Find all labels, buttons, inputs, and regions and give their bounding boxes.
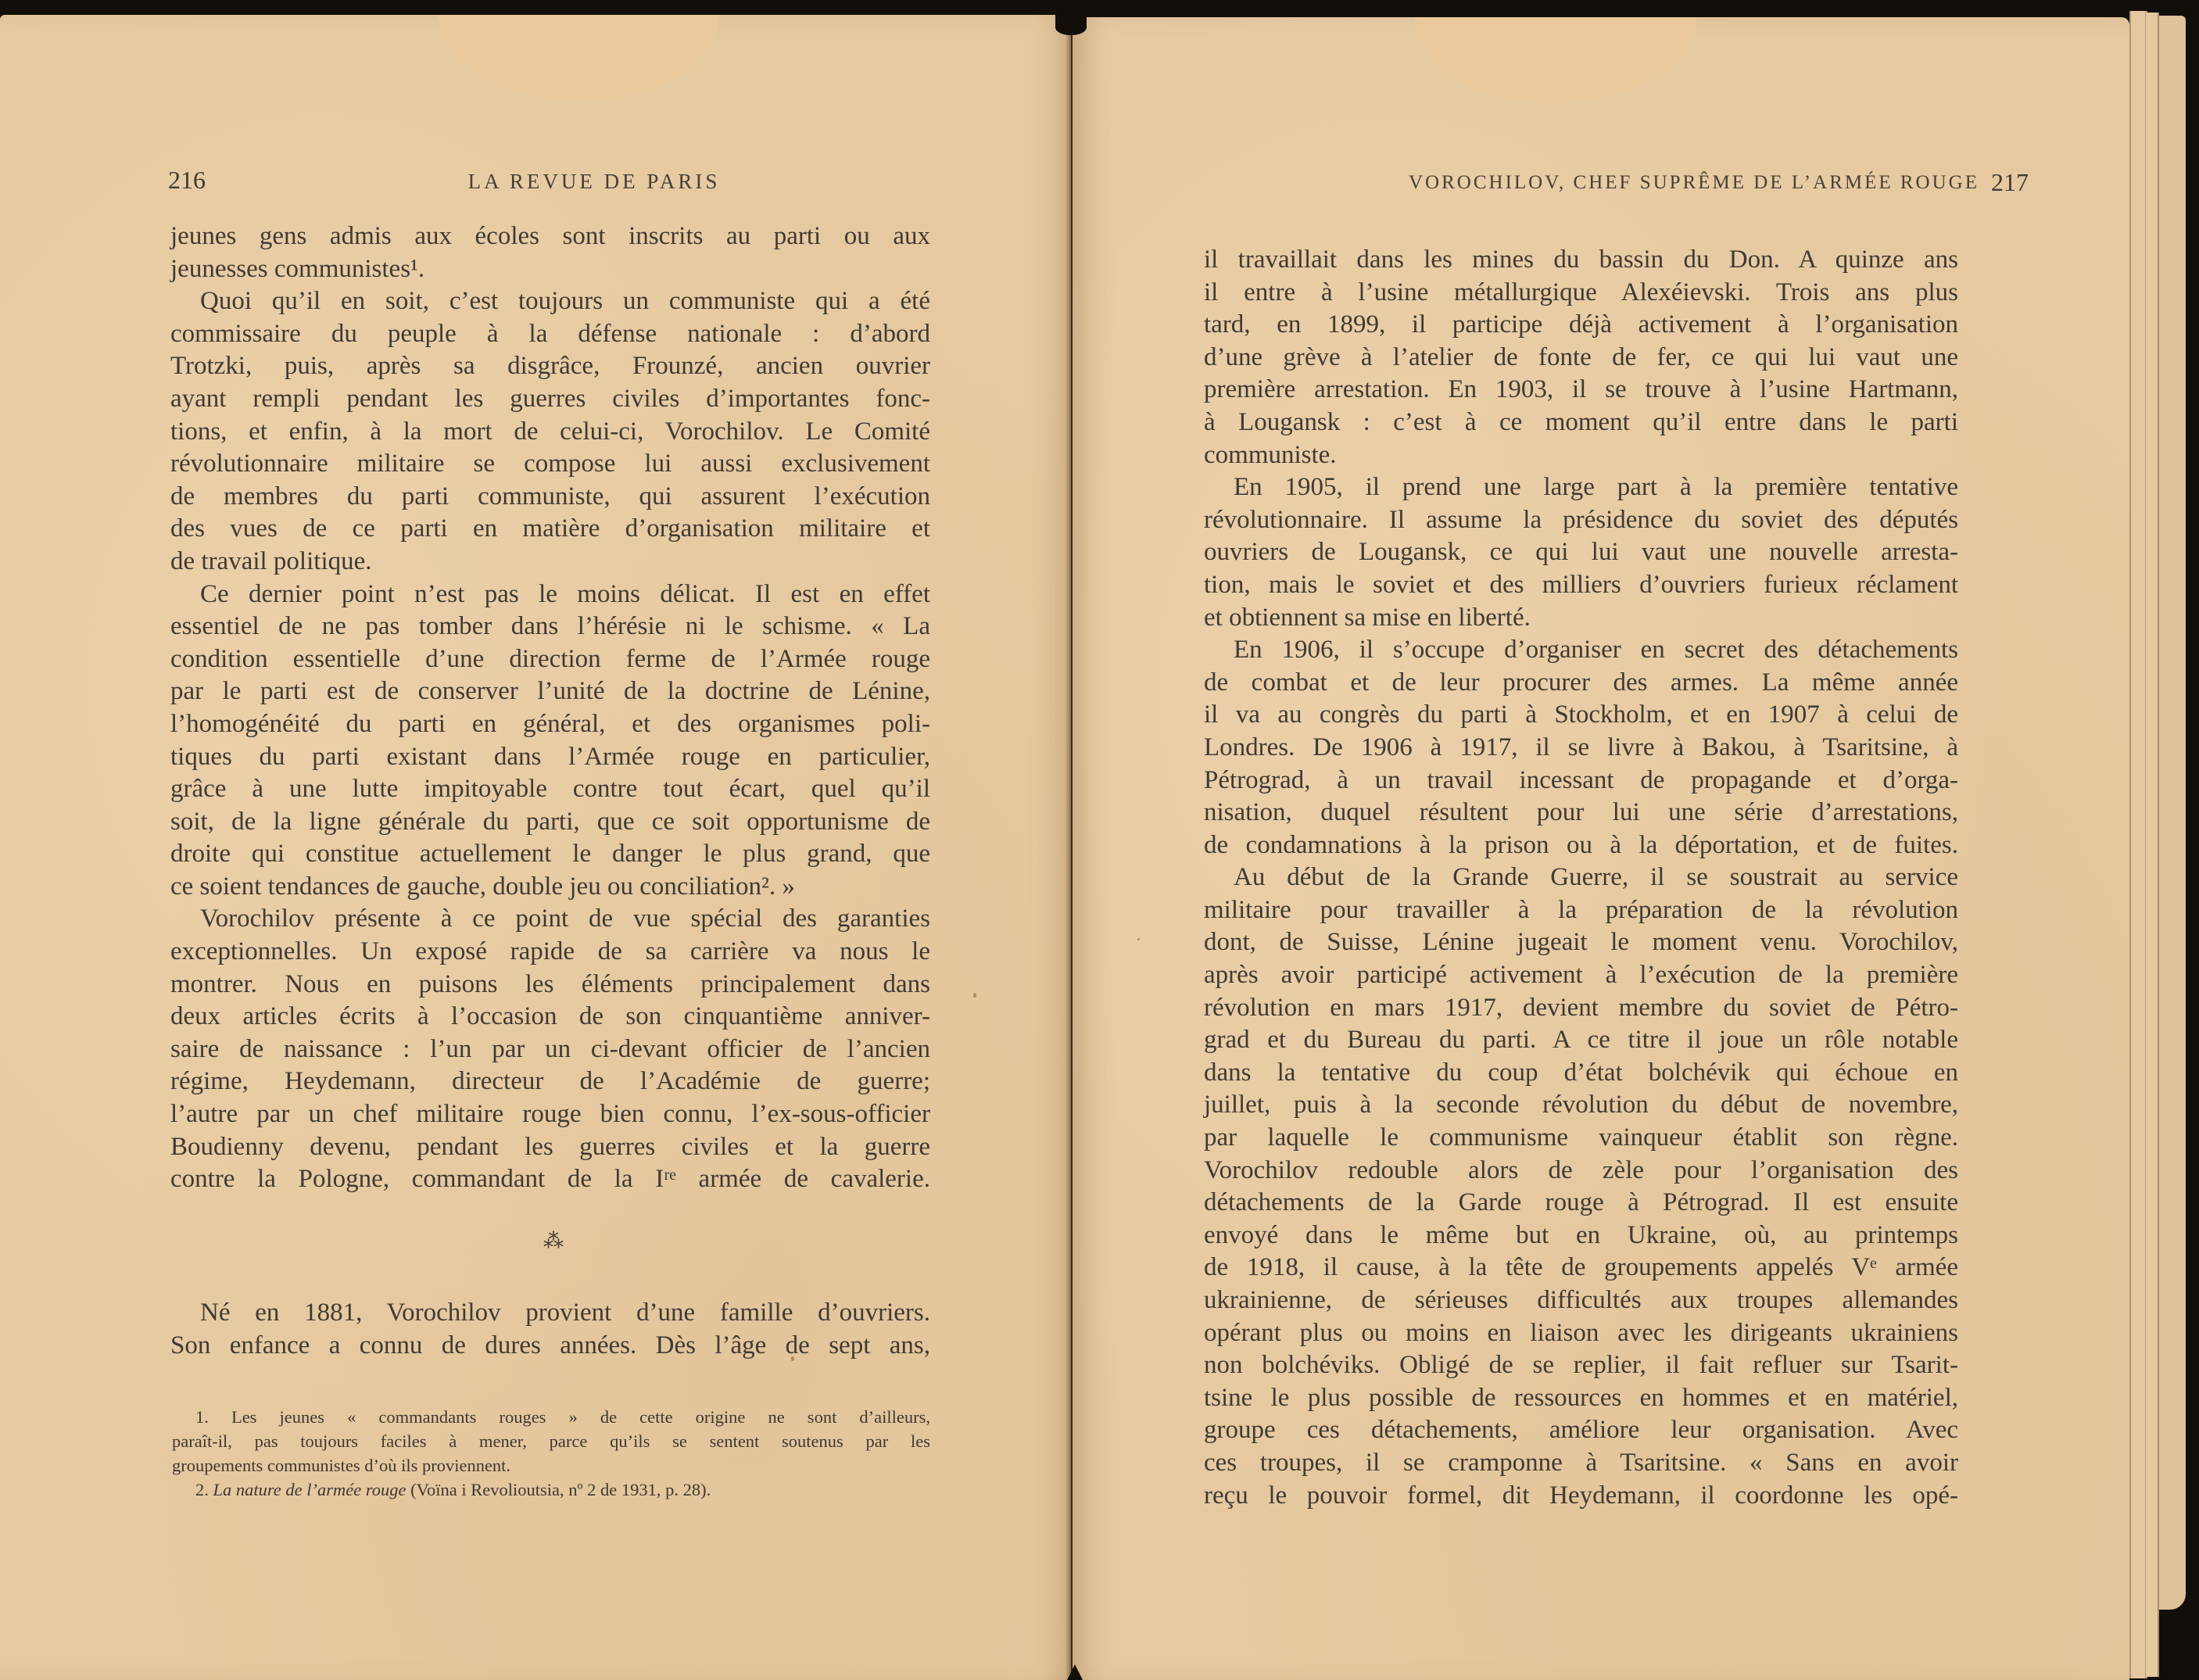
body-text: jeunes gens admis aux écoles sont inscri… — [170, 220, 930, 1196]
text-line: En 1905, il prend une large part à la pr… — [1204, 471, 1958, 504]
left-page: 216 LA REVUE DE PARIS jeunes gens admis … — [0, 15, 1071, 1680]
text-line: opérant plus ou moins en liaison avec le… — [1204, 1317, 1958, 1350]
text-line: reçu le pouvoir formel, dit Heydemann, i… — [1204, 1480, 1958, 1513]
body-text: il travaillait dans les mines du bassin … — [1204, 244, 1958, 1512]
text-line: de combat et de leur procurer des armes.… — [1204, 667, 1958, 700]
running-head: VOROCHILOV, CHEF SUPRÊME DE L’ARMÉE ROUG… — [1237, 172, 1979, 200]
text-line: commissaire du peuple à la défense natio… — [170, 318, 930, 351]
text-line: de travail politique. — [170, 546, 930, 579]
footnote-number: 2. — [195, 1480, 209, 1499]
text-line: tiques du parti existant dans l’Armée ro… — [170, 741, 930, 774]
text-line: essentiel de ne pas tomber dans l’hérési… — [170, 611, 930, 643]
footnote-2: 2. La nature de l’armée rouge (Voïna i R… — [172, 1478, 930, 1502]
text-line: non bolchéviks. Obligé de se replier, il… — [1204, 1349, 1958, 1382]
spine-notch-top — [1055, 12, 1087, 35]
text-line: tsine le plus possible de ressources en … — [1204, 1382, 1958, 1415]
book-spread: 216 LA REVUE DE PARIS jeunes gens admis … — [0, 0, 2199, 1680]
text-line: à Lougansk : c’est à ce moment qu’il ent… — [1204, 407, 1958, 439]
text-line: d’une grève à l’atelier de fonte de fer,… — [1204, 342, 1958, 374]
text-line: Au début de la Grande Guerre, il se sous… — [1204, 861, 1958, 894]
text-line: droite qui constitue actuellement le dan… — [170, 838, 930, 871]
footnote-line: groupements communistes d’où ils provien… — [172, 1453, 930, 1478]
text-line: ce soient tendances de gauche, double je… — [170, 871, 930, 904]
text-line: Londres. De 1906 à 1917, il se livre à B… — [1204, 732, 1958, 765]
text-line: par laquelle le communisme vainqueur éta… — [1204, 1122, 1958, 1155]
text-line: révolution en mars 1917, devient membre … — [1204, 992, 1958, 1025]
text-line: ayant rempli pendant les guerres civiles… — [170, 383, 930, 416]
text-line: communiste. — [1204, 439, 1958, 472]
footnote-citation: (Voïna i Revolioutsia, nº 2 de 1931, p. … — [410, 1480, 711, 1499]
text-line: il travaillait dans les mines du bassin … — [1204, 244, 1958, 277]
running-head: LA REVUE DE PARIS — [406, 170, 782, 198]
text-line: Pétrograd, à un travail incessant de pro… — [1204, 765, 1958, 797]
footnotes: 1. Les jeunes « commandants rouges » de … — [172, 1405, 930, 1502]
text-line: il va au congrès du parti à Stockholm, e… — [1204, 699, 1958, 732]
text-line: contre la Pologne, commandant de la Iʳᵉ … — [170, 1163, 930, 1196]
text-line: juillet, puis à la seconde révolution du… — [1204, 1089, 1958, 1122]
text-line: jeunes gens admis aux écoles sont inscri… — [170, 220, 930, 253]
text-line: détachements de la Garde rouge à Pétrogr… — [1204, 1187, 1958, 1220]
text-line: ukrainienne, de sérieuses difficultés au… — [1204, 1284, 1958, 1317]
text-line: de condamnations à la prison ou à la dép… — [1204, 829, 1958, 862]
footnote-line: paraît-il, pas toujours faciles à mener,… — [172, 1429, 930, 1453]
text-line: envoyé dans le même but en Ukraine, où, … — [1204, 1220, 1958, 1252]
text-line: Quoi qu’il en soit, c’est toujours un co… — [170, 285, 930, 318]
text-line: ouvriers de Lougansk, ce qui lui vaut un… — [1204, 536, 1958, 569]
text-line: tions, et enfin, à la mort de celui-ci, … — [170, 416, 930, 449]
text-line: régime, Heydemann, directeur de l’Académ… — [170, 1066, 930, 1098]
text-line: l’autre par un chef militaire rouge bien… — [170, 1098, 930, 1131]
text-line: dont, de Suisse, Lénine jugeait le momen… — [1204, 926, 1958, 959]
text-line: grâce à une lutte impitoyable contre tou… — [170, 773, 930, 806]
text-line: par le parti est de conserver l’unité de… — [170, 675, 930, 708]
page-number: 217 — [1991, 168, 2029, 197]
text-line: Boudienny devenu, pendant les guerres ci… — [170, 1131, 930, 1164]
text-line: Vorochilov présente à ce point de vue sp… — [170, 903, 930, 936]
page-stack-edge — [2146, 13, 2159, 1677]
text-line: Trotzki, puis, après sa disgrâce, Frounz… — [170, 350, 930, 383]
text-line: ces troupes, il se cramponne à Tsaritsin… — [1204, 1447, 1958, 1480]
paper-speck — [1137, 938, 1140, 940]
text-line: saire de naissance : l’un par un ci-deva… — [170, 1033, 930, 1066]
text-line: soit, de la ligne générale du parti, que… — [170, 806, 930, 839]
text-line: militaire pour travailler à la préparati… — [1204, 894, 1958, 927]
page-number: 216 — [168, 166, 206, 195]
text-line: et obtiennent sa mise en liberté. — [1204, 602, 1958, 635]
paper-speck — [791, 1356, 794, 1361]
page-stack-edge — [2129, 11, 2147, 1678]
footnote-line: 1. Les jeunes « commandants rouges » de … — [172, 1405, 930, 1429]
text-line: tard, en 1899, il participe déjà activem… — [1204, 309, 1958, 342]
text-line: Ce dernier point n’est pas le moins déli… — [170, 579, 930, 611]
text-line: Né en 1881, Vorochilov provient d’une fa… — [170, 1297, 930, 1330]
body-text-after-break: Né en 1881, Vorochilov provient d’une fa… — [170, 1297, 930, 1362]
text-line: deux articles écrits à l’occasion de son… — [170, 1001, 930, 1033]
text-line: de membres du parti communiste, qui assu… — [170, 481, 930, 514]
text-line: tion, mais le soviet et des milliers d’o… — [1204, 569, 1958, 602]
section-break-asterism: ⁂ — [538, 1234, 569, 1248]
text-line: groupe ces détachements, améliore leur o… — [1204, 1414, 1958, 1447]
text-line: dans la tentative du coup d’état bolchév… — [1204, 1057, 1958, 1090]
paper-speck — [973, 993, 976, 998]
text-line: il entre à l’usine métallurgique Alexéie… — [1204, 277, 1958, 310]
text-line: exceptionnelles. Un exposé rapide de sa … — [170, 936, 930, 969]
text-line: après avoir participé activement à l’exé… — [1204, 959, 1958, 992]
text-line: des vues de ce parti en matière d’organi… — [170, 513, 930, 546]
page-stack-edge — [2159, 16, 2186, 1610]
text-line: de 1918, il cause, à la tête de groupeme… — [1204, 1252, 1958, 1284]
text-line: Son enfance a connu de dures années. Dès… — [170, 1330, 930, 1363]
text-line: nisation, duquel résultent pour lui une … — [1204, 797, 1958, 829]
text-line: l’homogénéité du parti en général, et de… — [170, 708, 930, 741]
right-page: VOROCHILOV, CHEF SUPRÊME DE L’ARMÉE ROUG… — [1073, 17, 2129, 1680]
text-line: grad et du Bureau du parti. A ce titre i… — [1204, 1024, 1958, 1057]
text-line: condition essentielle d’une direction fe… — [170, 643, 930, 676]
text-line: révolutionnaire. Il assume la présidence… — [1204, 504, 1958, 537]
text-line: En 1906, il s’occupe d’organiser en secr… — [1204, 634, 1958, 667]
text-line: montrer. Nous en puisons les éléments pr… — [170, 969, 930, 1001]
text-line: première arrestation. En 1903, il se tro… — [1204, 374, 1958, 407]
footnote-title: La nature de l’armée rouge — [213, 1480, 406, 1499]
text-line: Vorochilov redouble alors de zèle pour l… — [1204, 1155, 1958, 1187]
text-line: révolutionnaire militaire se compose lui… — [170, 448, 930, 481]
text-line: jeunesses communistes¹. — [170, 253, 930, 286]
